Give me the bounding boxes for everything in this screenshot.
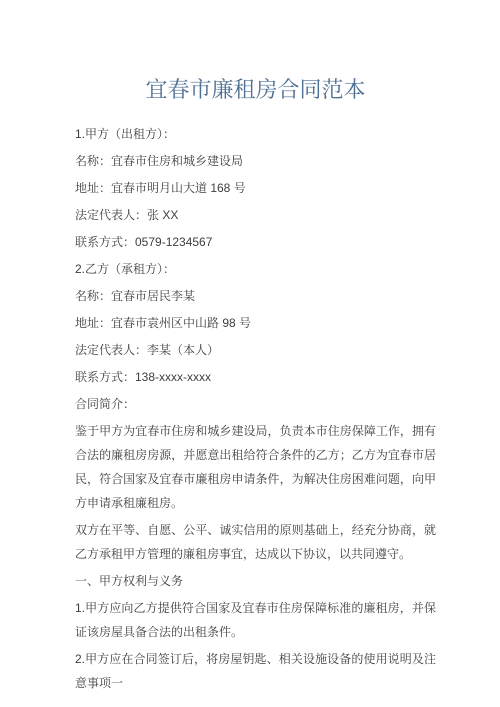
document-title: 宜春市廉租房合同范本 [75, 76, 436, 104]
party-a-name: 名称：宜春市住房和城乡建设局 [75, 149, 436, 173]
party-b-heading: 2.乙方（承租方）： [75, 257, 436, 281]
party-b-address: 地址：宜春市袁州区中山路 98 号 [75, 311, 436, 335]
party-b-legal-representative: 法定代表人：李某（本人） [75, 338, 436, 362]
section-1-clause-2-truncated: 2.甲方应在合同签订后，将房屋钥匙、相关设施设备的使用说明及注意事项一 [75, 647, 436, 695]
contract-document-page: 宜春市廉租房合同范本 1.甲方（出租方）： 名称：宜春市住房和城乡建设局 地址：… [0, 0, 500, 707]
party-a-heading: 1.甲方（出租方）： [75, 122, 436, 146]
contract-intro-label: 合同简介： [75, 392, 436, 416]
section-1-heading: 一、甲方权利与义务 [75, 569, 436, 593]
party-b-name: 名称：宜春市居民李某 [75, 284, 436, 308]
party-a-contact: 联系方式：0579-1234567 [75, 230, 436, 254]
party-a-legal-representative: 法定代表人：张 XX [75, 203, 436, 227]
party-b-contact: 联系方式：138-xxxx-xxxx [75, 365, 436, 389]
contract-agreement-paragraph: 双方在平等、自愿、公平、诚实信用的原则基础上，经充分协商，就乙方承租甲方管理的廉… [75, 518, 436, 566]
section-1-clause-1: 1.甲方应向乙方提供符合国家及宜春市住房保障标准的廉租房，并保证该房屋具备合法的… [75, 596, 436, 644]
contract-background-paragraph: 鉴于甲方为宜春市住房和城乡建设局，负责本市住房保障工作，拥有合法的廉租房房源，并… [75, 419, 436, 515]
party-a-address: 地址：宜春市明月山大道 168 号 [75, 176, 436, 200]
document-body: 1.甲方（出租方）： 名称：宜春市住房和城乡建设局 地址：宜春市明月山大道 16… [75, 122, 436, 695]
